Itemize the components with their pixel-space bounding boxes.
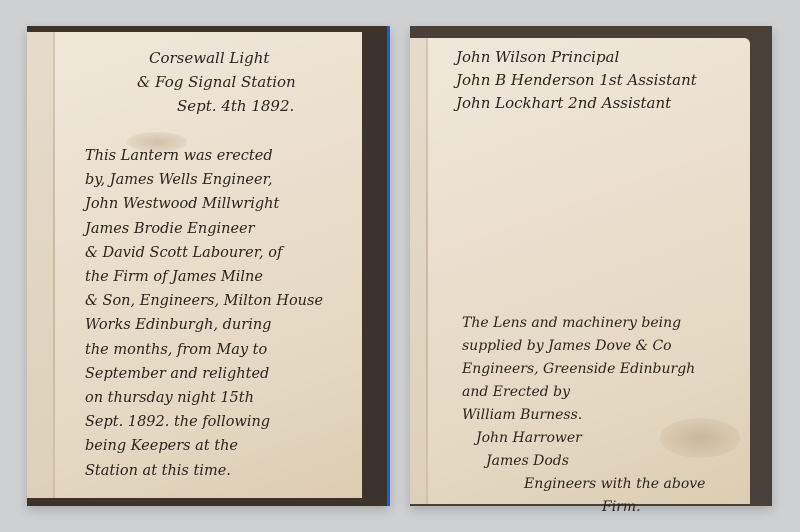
erector-line: William Burness. (462, 404, 705, 427)
lantern-erection-text: This Lantern was erected by, James Wells… (85, 144, 323, 483)
text-line: John Westwood Millwright (85, 192, 323, 216)
keeper-line: John B Henderson 1st Assistant (456, 69, 697, 92)
text-line: being Keepers at the (85, 434, 323, 458)
paper-margin (410, 38, 426, 504)
text-line: Sept. 1892. the following (85, 410, 323, 434)
keeper-line: John Wilson Principal (456, 46, 697, 69)
keeper-line: John Lockhart 2nd Assistant (456, 92, 697, 115)
text-line: the Firm of James Milne (85, 265, 323, 289)
erectors-list: William Burness. John Harrower James Dod… (462, 404, 705, 519)
erector-line: James Dods (462, 450, 705, 473)
text-line: & Son, Engineers, Milton House (85, 289, 323, 313)
text-line: James Brodie Engineer (85, 217, 323, 241)
erector-line: Engineers with the above (462, 473, 705, 496)
left-document-frame: Corsewall Light & Fog Signal Station Sep… (27, 26, 390, 506)
right-document-paper: John Wilson Principal John B Henderson 1… (410, 38, 750, 504)
heading-line: Sept. 4th 1892. (137, 94, 296, 118)
text-line: This Lantern was erected (85, 144, 323, 168)
erector-line: John Harrower (462, 427, 705, 450)
document-heading: Corsewall Light & Fog Signal Station Sep… (137, 46, 296, 118)
text-line: the months, from May to (85, 338, 323, 362)
paper-fold-line (53, 32, 55, 498)
left-document-paper: Corsewall Light & Fog Signal Station Sep… (27, 32, 362, 498)
text-line: supplied by James Dove & Co (462, 335, 695, 358)
text-line: Works Edinburgh, during (85, 313, 323, 337)
text-line: & David Scott Labourer, of (85, 241, 323, 265)
text-line: and Erected by (462, 381, 695, 404)
text-line: on thursday night 15th (85, 386, 323, 410)
text-line: The Lens and machinery being (462, 312, 695, 335)
paper-margin (27, 32, 53, 498)
right-document-frame: John Wilson Principal John B Henderson 1… (410, 26, 772, 506)
text-line: Station at this time. (85, 459, 323, 483)
keepers-list: John Wilson Principal John B Henderson 1… (456, 46, 697, 115)
erector-line: Firm. (462, 496, 705, 519)
text-line: Engineers, Greenside Edinburgh (462, 358, 695, 381)
text-line: September and relighted (85, 362, 323, 386)
text-line: by, James Wells Engineer, (85, 168, 323, 192)
lens-supply-text: The Lens and machinery being supplied by… (462, 312, 695, 404)
heading-line: Corsewall Light (137, 46, 296, 70)
heading-line: & Fog Signal Station (137, 70, 296, 94)
paper-fold-line (426, 38, 428, 504)
